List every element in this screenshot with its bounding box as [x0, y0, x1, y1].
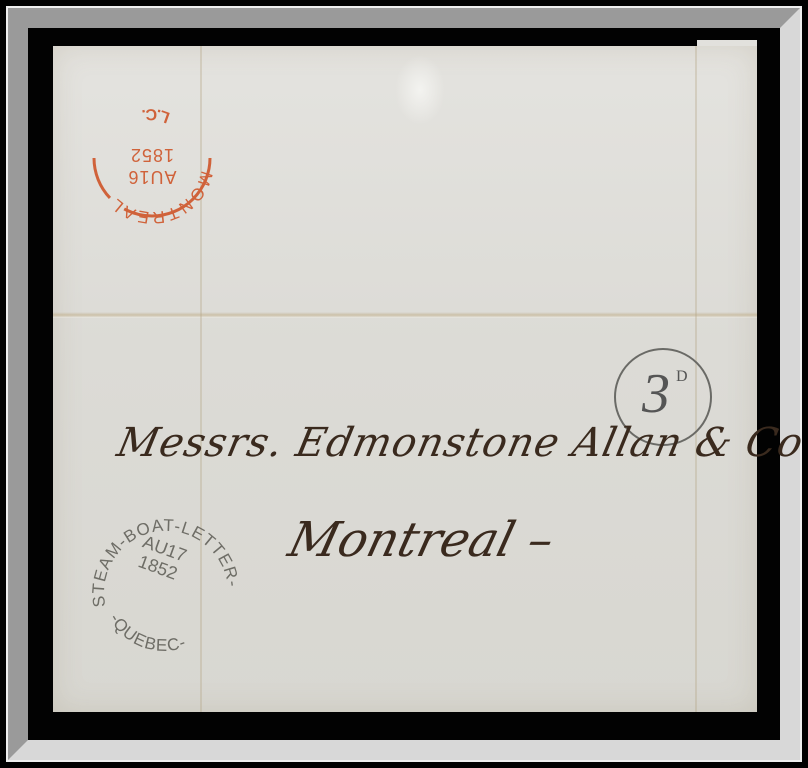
seal-tear: [395, 55, 445, 125]
montreal-province-text: L.C.: [140, 105, 172, 125]
montreal-year: 1852: [82, 144, 222, 166]
horizontal-fold: [53, 312, 757, 318]
svg-text:-QUEBEC-: -QUEBEC-: [105, 602, 189, 663]
address-addressee: Messrs. Edmonstone Allan & Co: [113, 420, 808, 466]
svg-text:L.C.: L.C.: [140, 105, 172, 125]
steamboat-letter-postmark: STEAM-BOAT-LETTER- -QUEBEC- AU17 1852: [74, 488, 252, 666]
steamboat-city-text: -QUEBEC-: [105, 602, 189, 663]
montreal-postmark: MONTREAL L.C. AU16 1852: [82, 96, 222, 228]
rate-value: 3: [642, 362, 670, 426]
rate-unit: D: [676, 368, 688, 386]
address-city: Montreal –: [283, 512, 560, 568]
montreal-date: AU16: [82, 166, 222, 188]
